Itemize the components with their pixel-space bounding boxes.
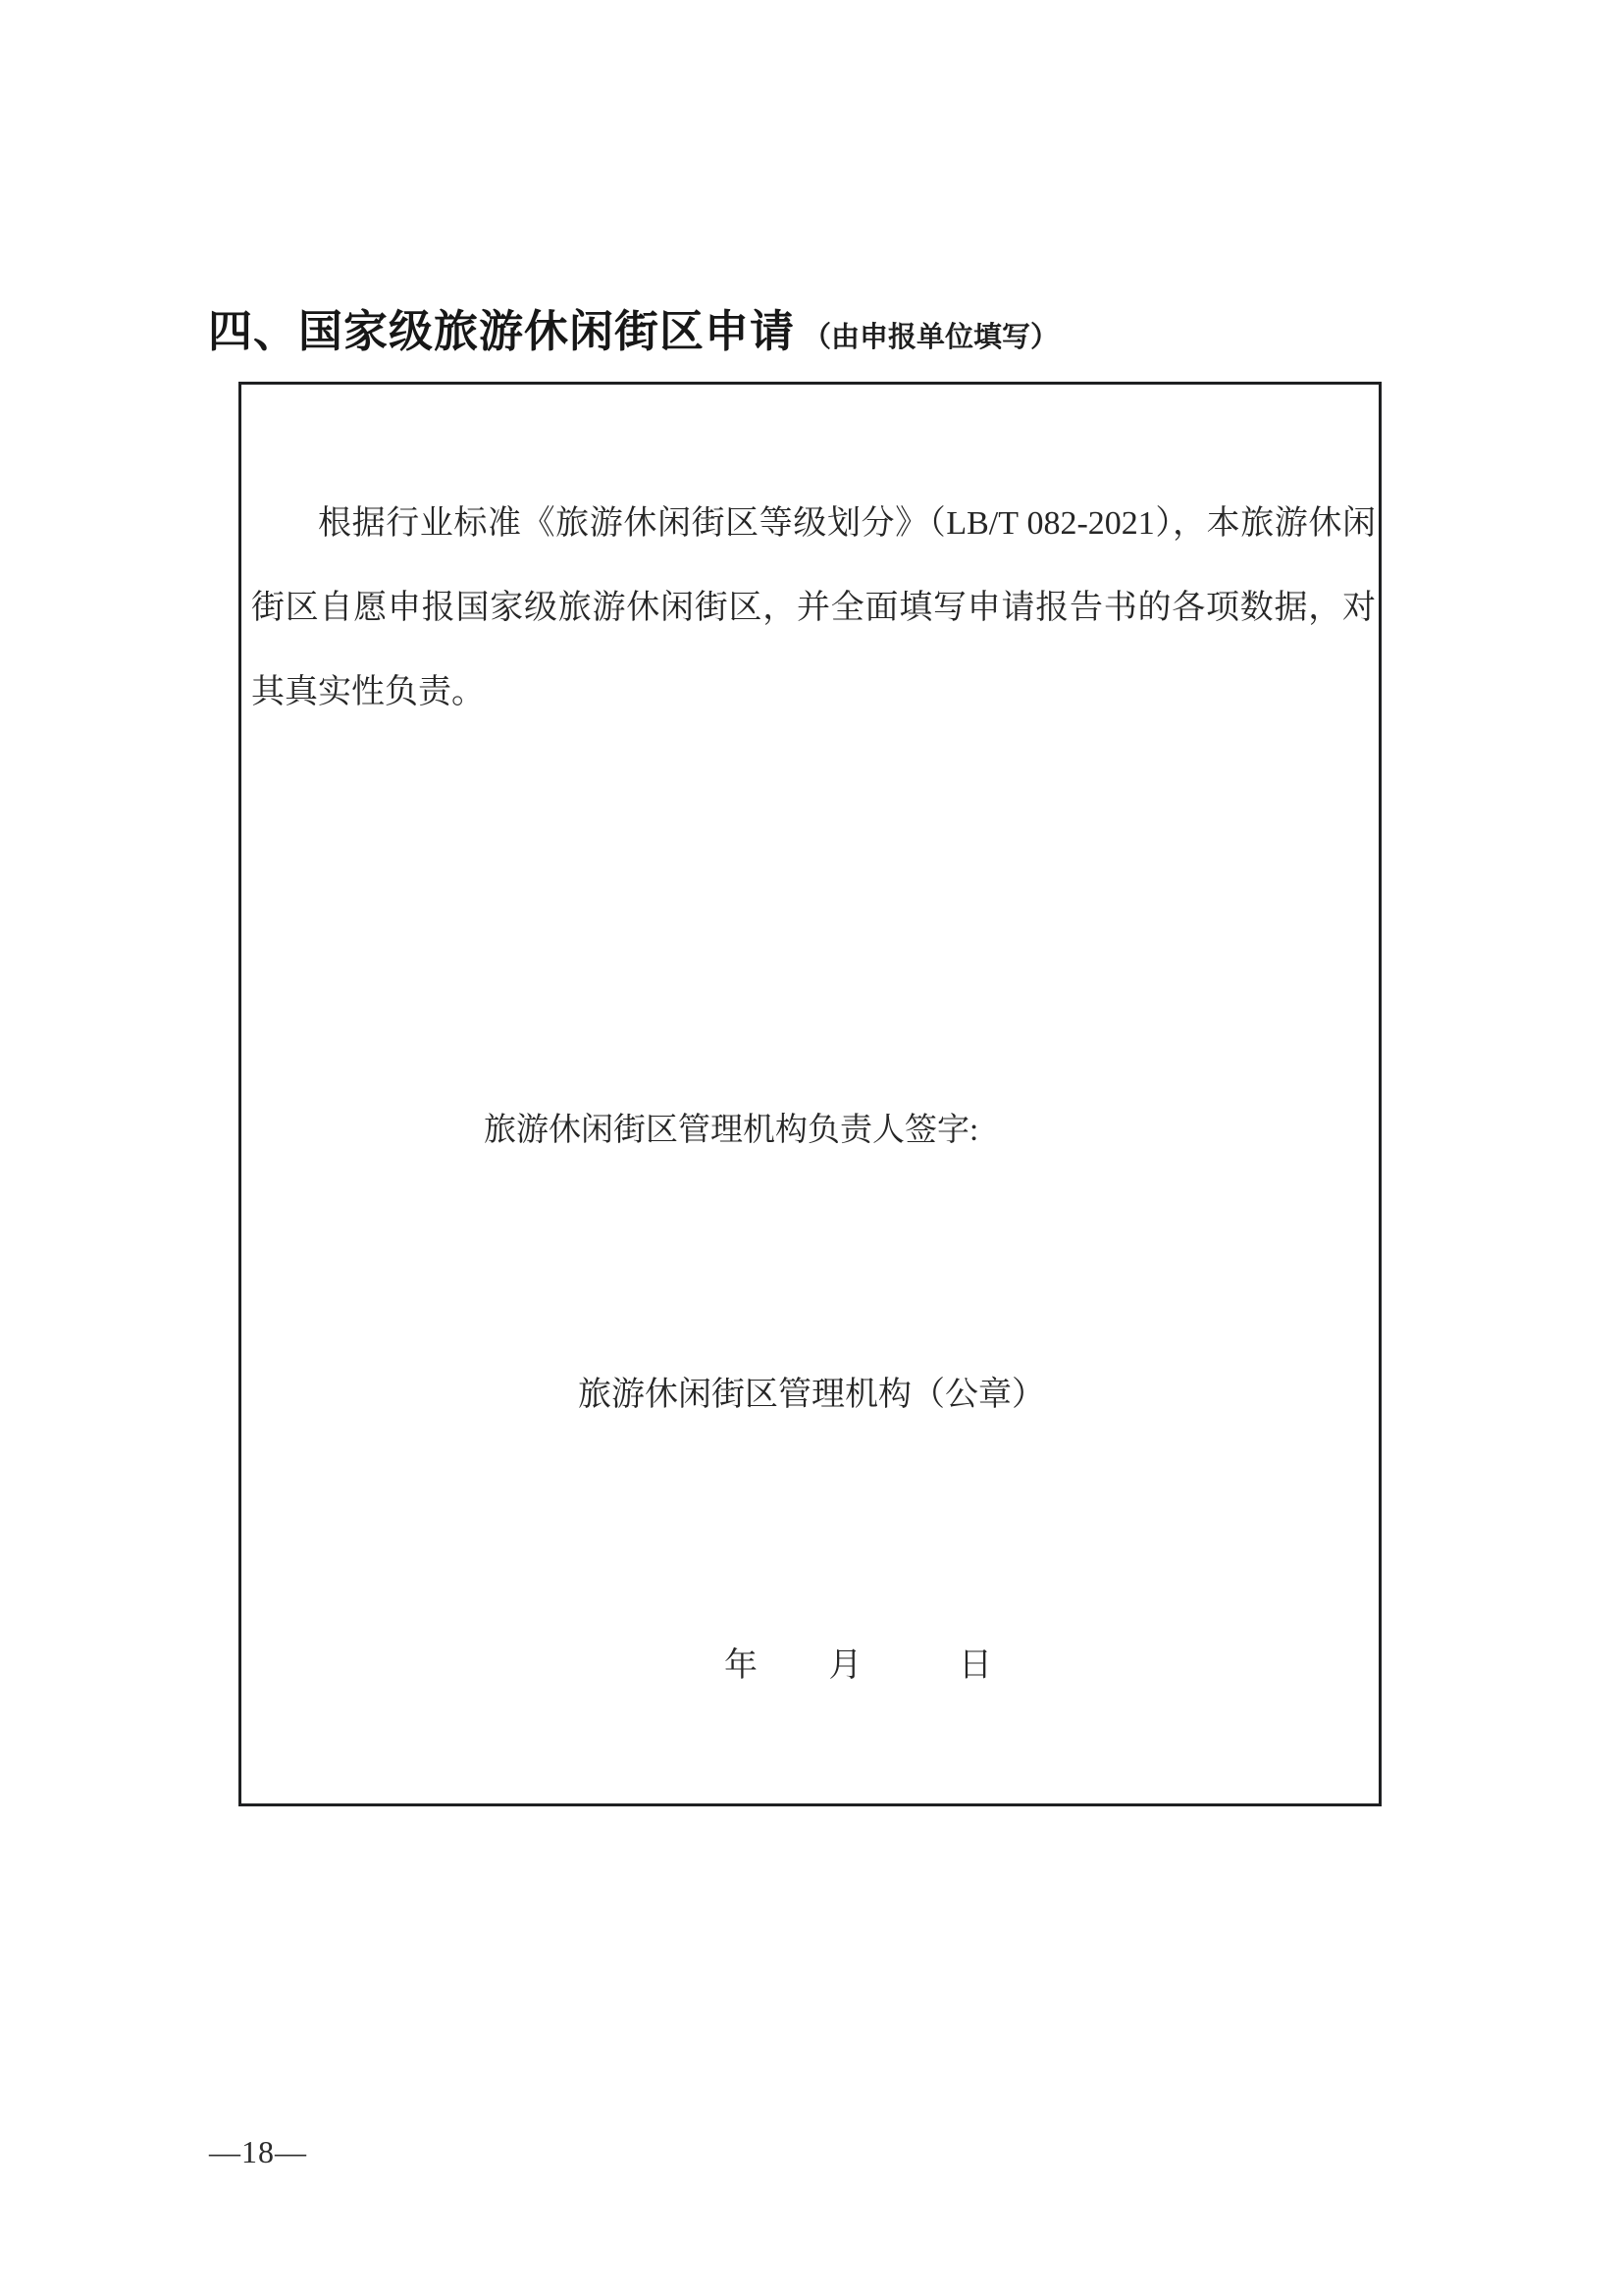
- date-month-label: 月: [829, 1647, 863, 1684]
- document-page: 四、国家级旅游休闲街区申请（由申报单位填写） 根据行业标准《旅游休闲街区等级划分…: [0, 0, 1623, 2296]
- signature-label: 旅游休闲街区管理机构负责人签字:: [484, 1113, 978, 1150]
- date-year-label: 年: [724, 1647, 758, 1684]
- seal-label: 旅游休闲街区管理机构（公章）: [578, 1376, 1045, 1414]
- date-day-label: 日: [959, 1647, 992, 1684]
- page-number: —18—: [209, 2135, 307, 2169]
- declaration-paragraph: 根据行业标准《旅游休闲街区等级划分》（LB/T 082-2021），本旅游休闲街…: [251, 482, 1376, 735]
- date-line: 年 月 日: [724, 1646, 992, 1685]
- section-heading-suffix: （由申报单位填写）: [803, 322, 1059, 353]
- application-form-box: 根据行业标准《旅游休闲街区等级划分》（LB/T 082-2021），本旅游休闲街…: [238, 382, 1382, 1806]
- section-heading: 四、国家级旅游休闲街区申请（由申报单位填写）: [208, 306, 1059, 357]
- section-heading-title: 四、国家级旅游休闲街区申请: [208, 306, 795, 356]
